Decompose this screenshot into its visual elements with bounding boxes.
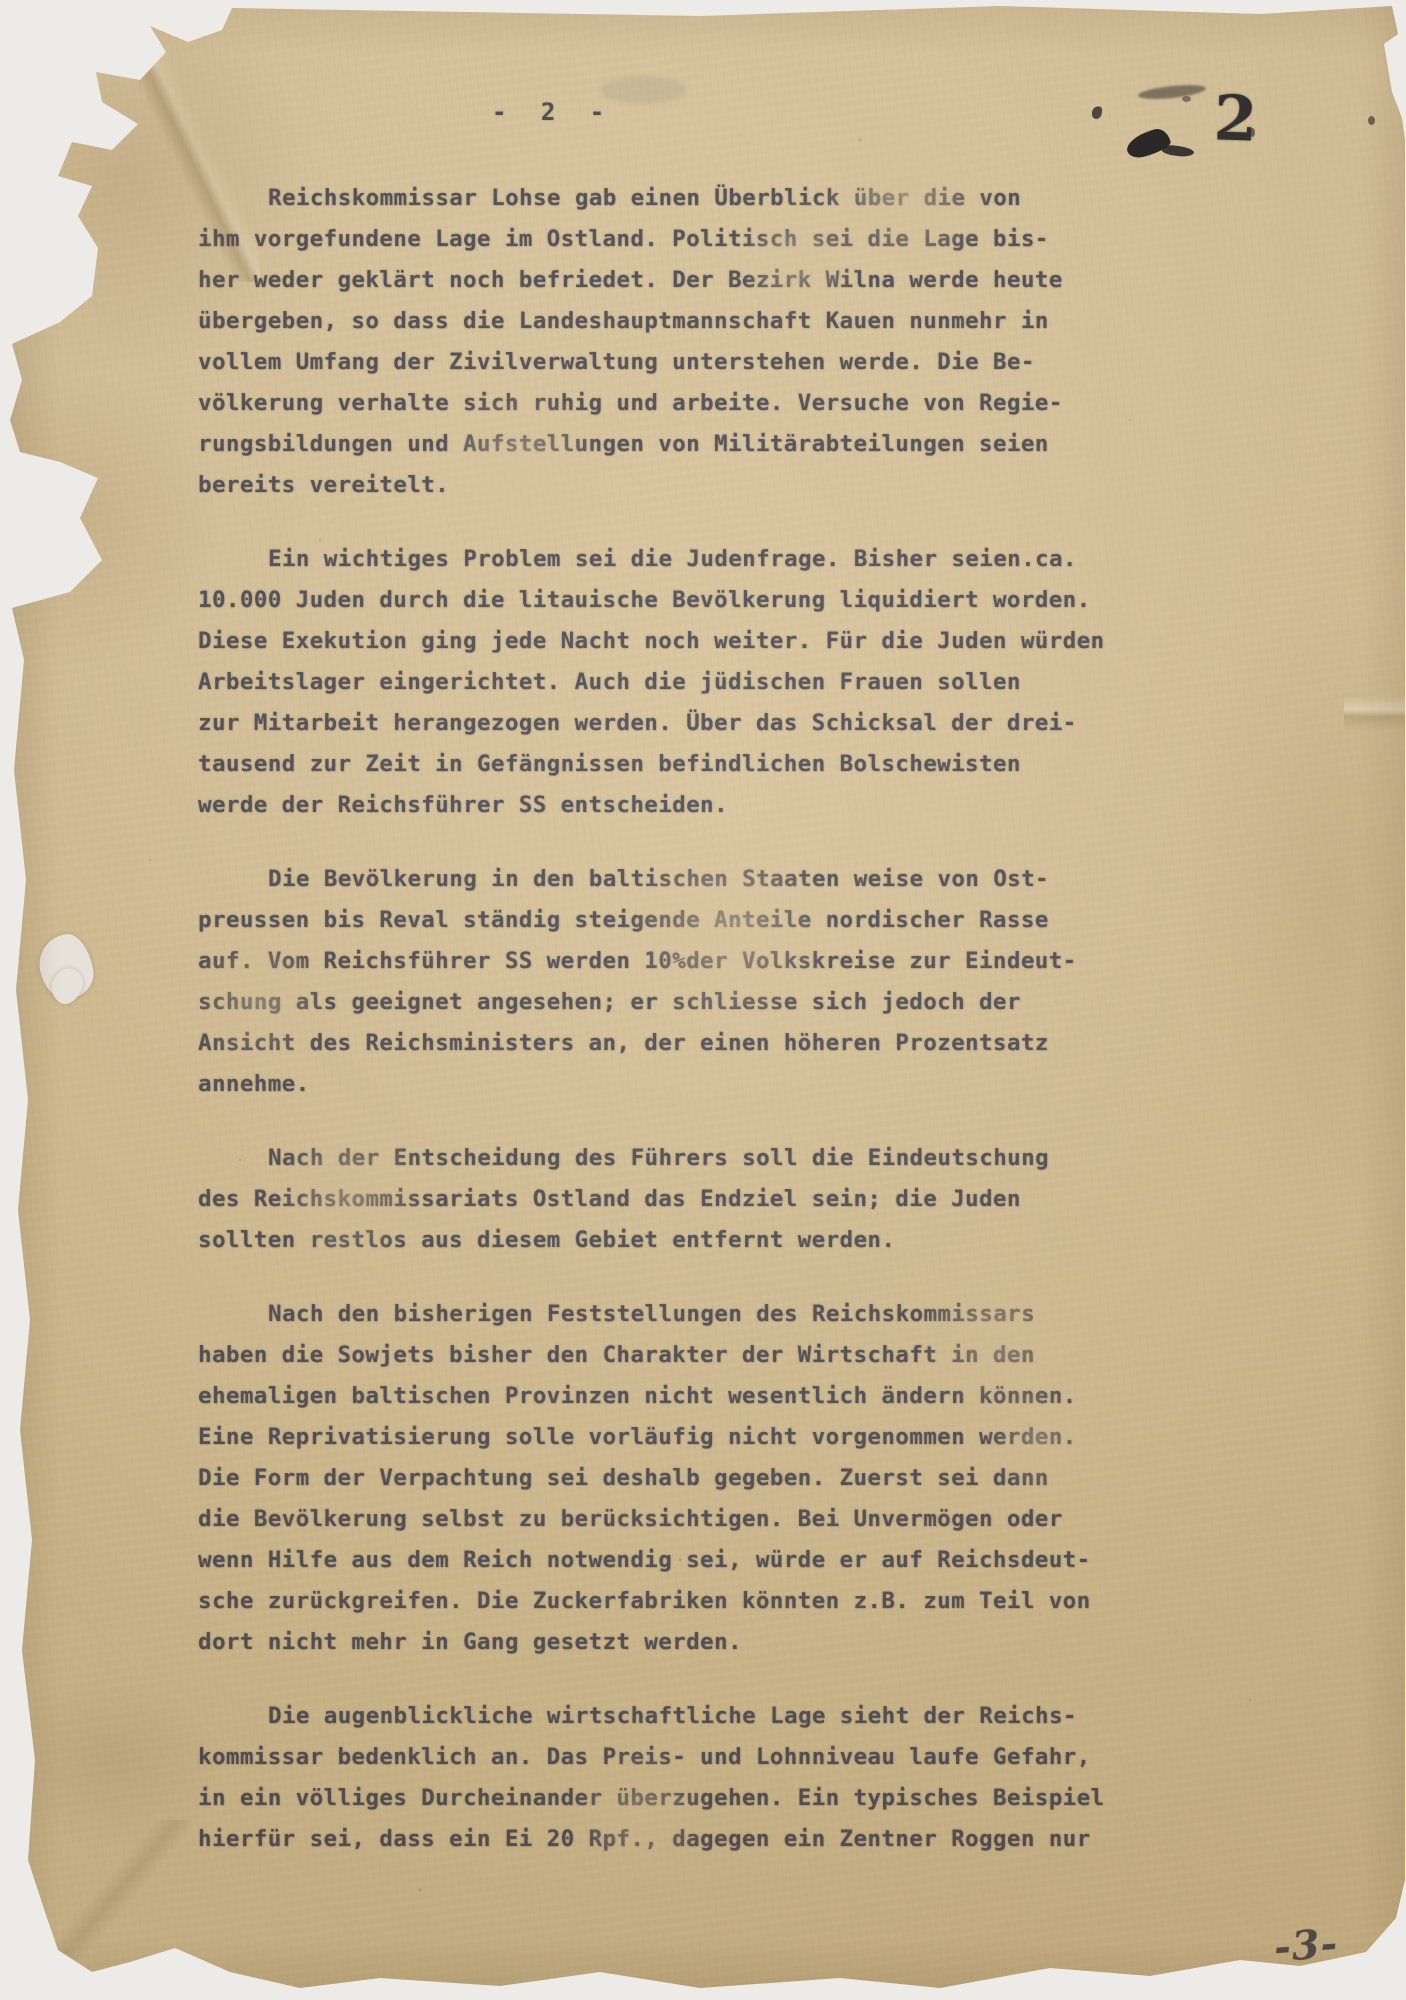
text-line: Die Form der Verpachtung sei deshalb geg… xyxy=(198,1458,1098,1499)
text-line: tausend zur Zeit in Gefängnissen befindl… xyxy=(198,744,1098,785)
text-line: sche zurückgreifen. Die Zuckerfabriken k… xyxy=(198,1581,1098,1622)
stamped-page-number: 2 xyxy=(1213,81,1259,155)
paper-crease xyxy=(40,1820,190,1970)
text-line: ehemaligen baltischen Provinzen nicht we… xyxy=(198,1376,1098,1417)
text-line: in ein völliges Durcheinander überzugehe… xyxy=(198,1778,1098,1819)
text-line: Arbeitslager eingerichtet. Auch die jüdi… xyxy=(198,662,1098,703)
paragraph: Die Bevölkerung in den baltischen Staate… xyxy=(198,859,1098,1105)
text-line: Ansicht des Reichsministers an, der eine… xyxy=(198,1023,1098,1064)
text-line: her weder geklärt noch befriedet. Der Be… xyxy=(198,260,1098,301)
ink-speck xyxy=(1182,96,1191,102)
text-line: rungsbildungen und Aufstellungen von Mil… xyxy=(198,424,1098,465)
ink-blot xyxy=(1124,126,1173,161)
ink-speck xyxy=(1090,105,1104,121)
text-line: werde der Reichsführer SS entscheiden. xyxy=(198,785,1098,826)
paragraph: Nach der Entscheidung des Führers soll d… xyxy=(198,1138,1098,1261)
text-line: Nach den bisherigen Feststellungen des R… xyxy=(198,1294,1098,1335)
text-line: 10.000 Juden durch die litauische Bevölk… xyxy=(198,580,1098,621)
text-line: Ein wichtiges Problem sei die Judenfrage… xyxy=(198,539,1098,580)
text-line: vollem Umfang der Zivilverwaltung unters… xyxy=(198,342,1098,383)
paragraph: Reichskommissar Lohse gab einen Überblic… xyxy=(198,178,1098,506)
paper-sheet: - 2 - Reichskommissar Lohse gab einen Üb… xyxy=(0,0,1406,2000)
text-line: schung als geeignet angesehen; er schlie… xyxy=(198,982,1098,1023)
text-line: Die Bevölkerung in den baltischen Staate… xyxy=(198,859,1098,900)
text-line: bereits vereitelt. xyxy=(198,465,1098,506)
page-number-header: - 2 - xyxy=(492,98,606,126)
scanned-document-canvas: - 2 - Reichskommissar Lohse gab einen Üb… xyxy=(0,0,1406,2000)
ink-smear xyxy=(1138,82,1207,101)
text-line: völkerung verhalte sich ruhig und arbeit… xyxy=(198,383,1098,424)
text-line: Reichskommissar Lohse gab einen Überblic… xyxy=(198,178,1098,219)
ink-speck xyxy=(1368,116,1375,125)
text-line: annehme. xyxy=(198,1064,1098,1105)
text-line: wenn Hilfe aus dem Reich notwendig sei, … xyxy=(198,1540,1098,1581)
text-line: dort nicht mehr in Gang gesetzt werden. xyxy=(198,1622,1098,1663)
text-line: die Bevölkerung selbst zu berücksichtige… xyxy=(198,1499,1098,1540)
text-line: Diese Exekution ging jede Nacht noch wei… xyxy=(198,621,1098,662)
text-line: Eine Reprivatisierung solle vorläufig ni… xyxy=(198,1417,1098,1458)
text-line: sollten restlos aus diesem Gebiet entfer… xyxy=(198,1220,1098,1261)
paper-fold xyxy=(1344,676,1406,746)
paragraph: Nach den bisherigen Feststellungen des R… xyxy=(198,1294,1098,1663)
text-line: haben die Sowjets bisher den Charakter d… xyxy=(198,1335,1098,1376)
paper-hole xyxy=(46,963,88,1008)
text-line: des Reichskommissariats Ostland das Endz… xyxy=(198,1179,1098,1220)
text-line: ihm vorgefundene Lage im Ostland. Politi… xyxy=(198,219,1098,260)
paragraph: Ein wichtiges Problem sei die Judenfrage… xyxy=(198,539,1098,826)
text-line: auf. Vom Reichsführer SS werden 10%der V… xyxy=(198,941,1098,982)
text-line: Nach der Entscheidung des Führers soll d… xyxy=(198,1138,1098,1179)
document-body: Reichskommissar Lohse gab einen Überblic… xyxy=(198,178,1098,1893)
text-line: preussen bis Reval ständig steigende Ant… xyxy=(198,900,1098,941)
paper-hole xyxy=(34,930,98,1003)
text-line: übergeben, so dass die Landeshauptmannsc… xyxy=(198,301,1098,342)
ink-blot xyxy=(1162,144,1195,158)
faint-smudge xyxy=(600,76,686,104)
text-line: zur Mitarbeit herangezogen werden. Über … xyxy=(198,703,1098,744)
text-line: kommissar bedenklich an. Das Preis- und … xyxy=(198,1737,1098,1778)
handwritten-next-page-number: -3- xyxy=(1272,1920,1339,1971)
text-line: hierfür sei, dass ein Ei 20 Rpf., dagege… xyxy=(198,1819,1098,1860)
text-line: Die augenblickliche wirtschaftliche Lage… xyxy=(198,1696,1098,1737)
paragraph: Die augenblickliche wirtschaftliche Lage… xyxy=(198,1696,1098,1860)
